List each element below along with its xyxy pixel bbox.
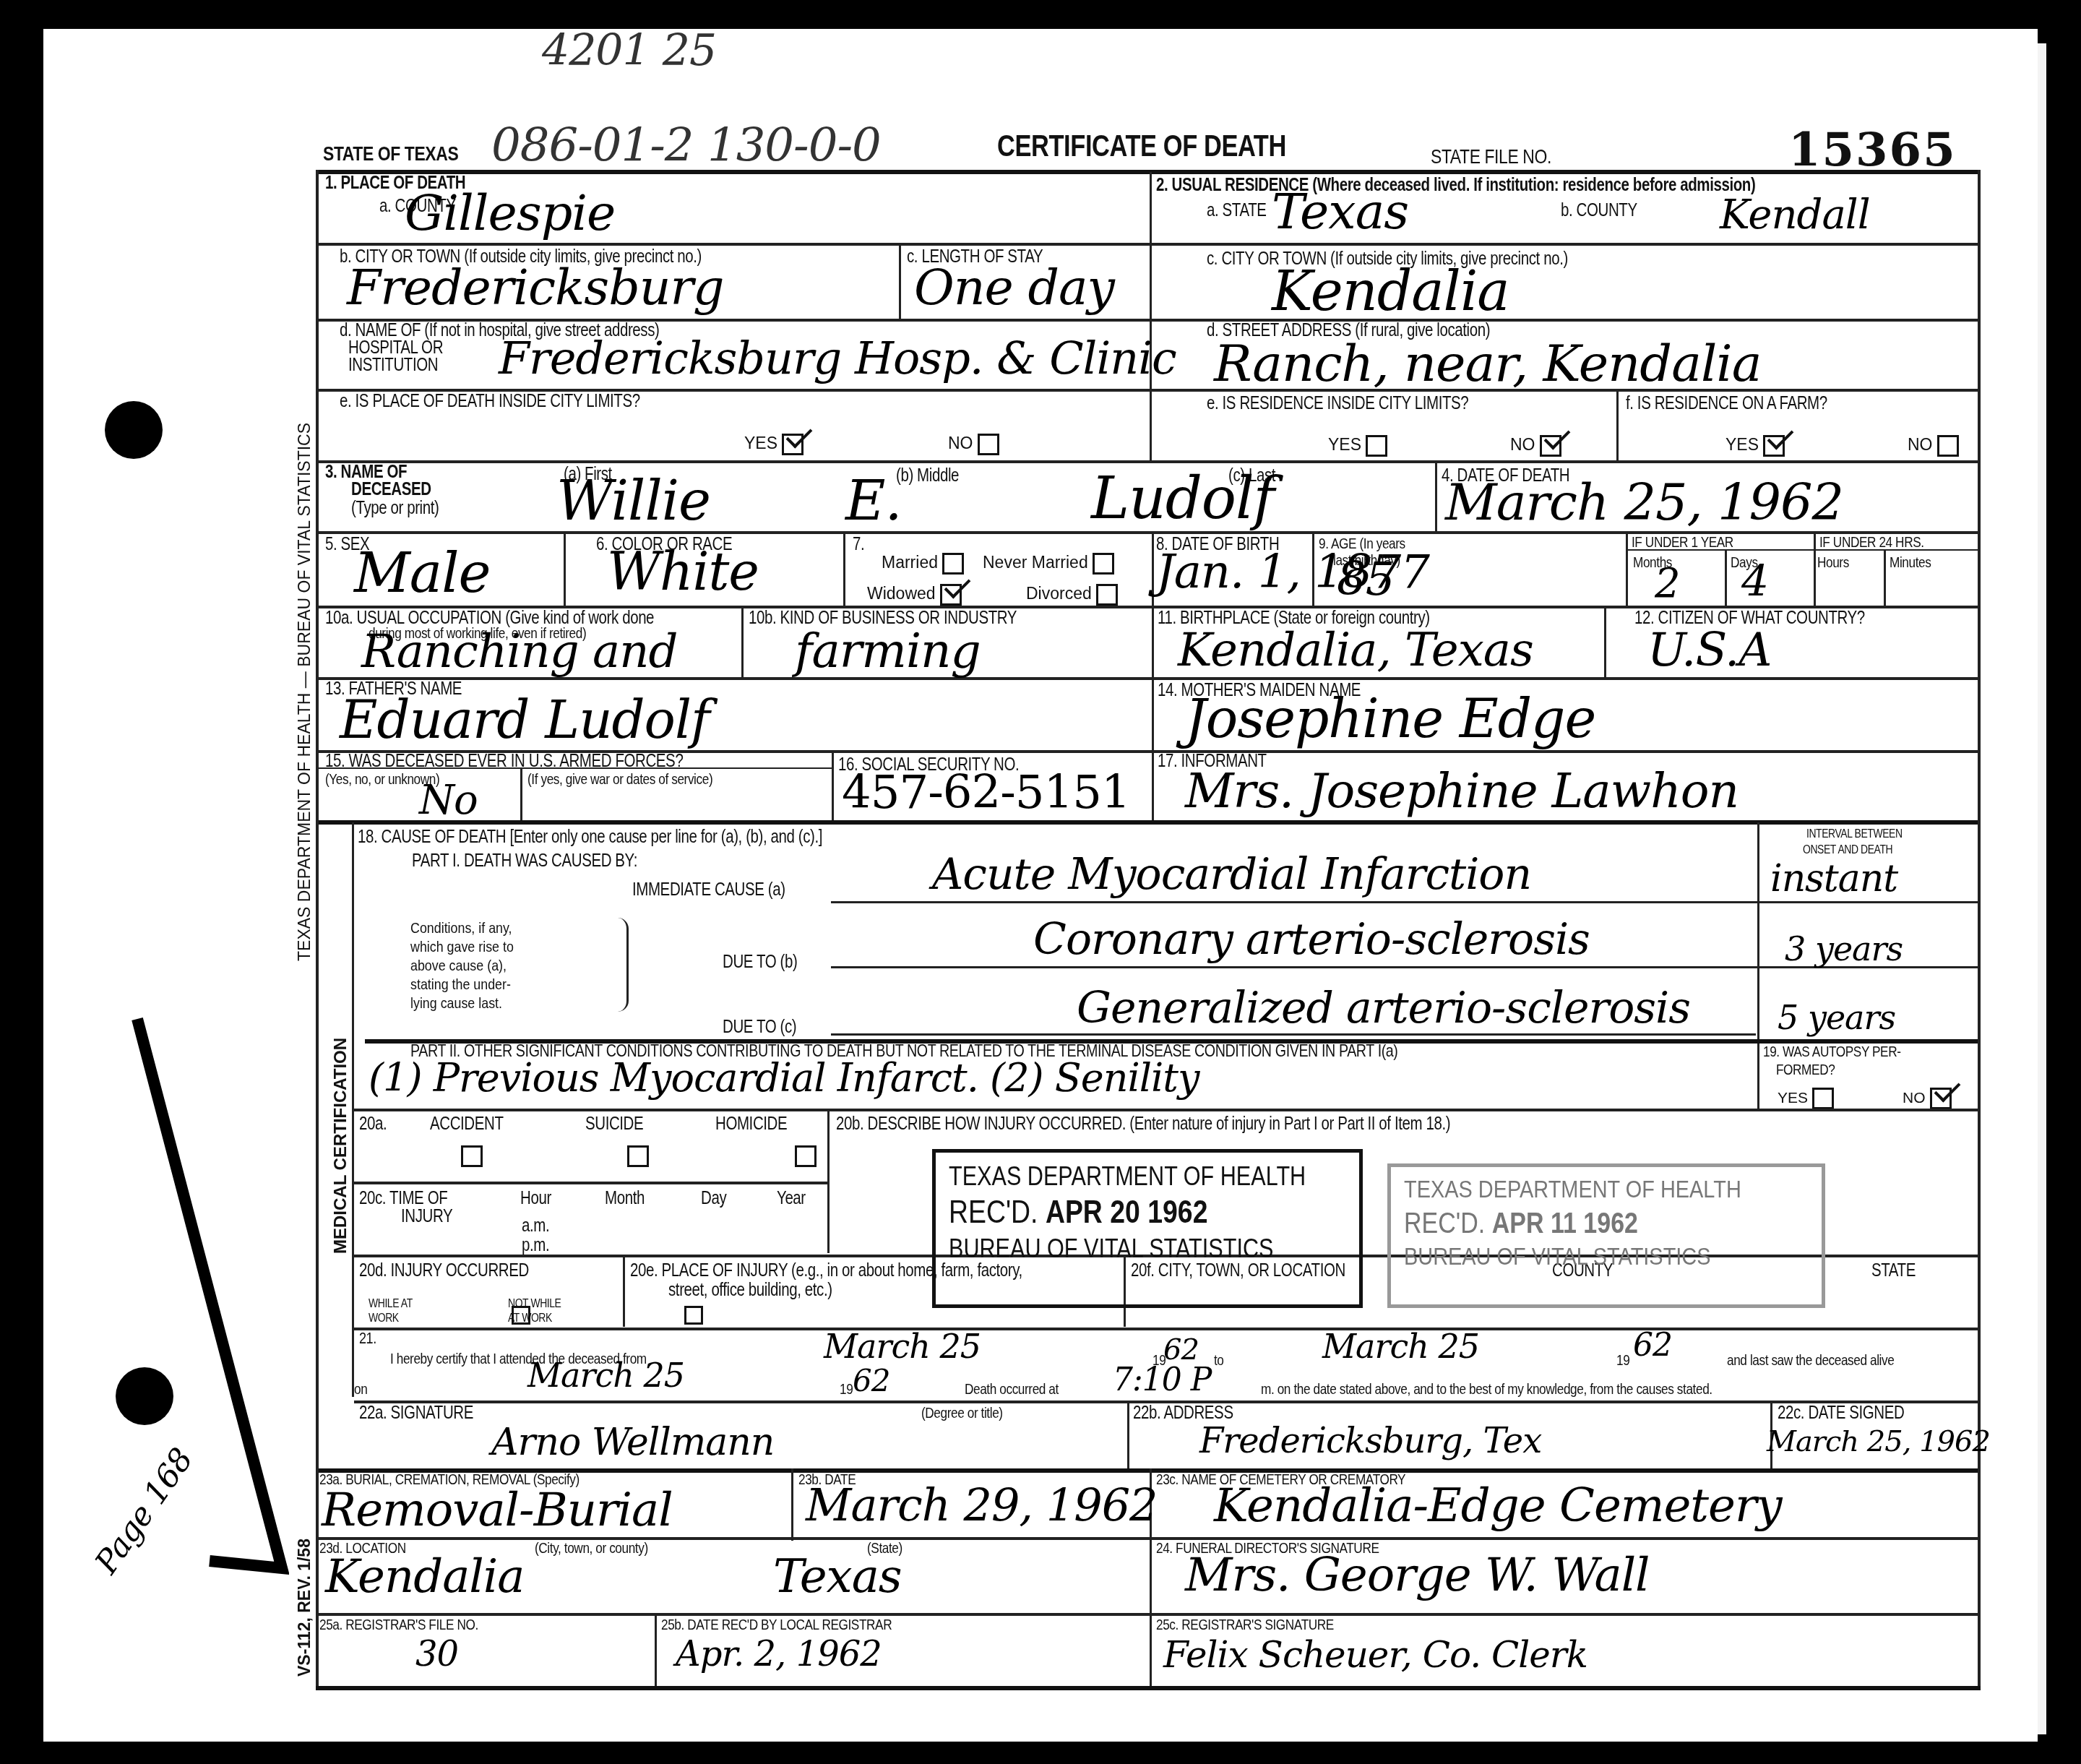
checkbox[interactable] xyxy=(1812,1088,1834,1109)
col-divider xyxy=(1152,606,1154,677)
autopsy-yes[interactable]: YES xyxy=(1778,1088,1834,1109)
address-label: 22b. ADDRESS xyxy=(1133,1403,1233,1422)
form-top-border xyxy=(316,170,1980,174)
while-at-work-label-2: WORK xyxy=(369,1312,399,1325)
deceased-name-label-3: (Type or print) xyxy=(351,499,439,517)
autopsy-label-2: FORMED? xyxy=(1776,1062,1835,1078)
col-divider xyxy=(832,750,834,820)
checkbox[interactable] xyxy=(942,553,964,575)
middle-name-value: E. xyxy=(845,473,902,528)
punch-hole-top xyxy=(105,401,163,459)
yes-label: YES xyxy=(1778,1090,1808,1106)
cause-of-death-label: 18. CAUSE OF DEATH [Enter only one cause… xyxy=(358,827,822,846)
due-to-c-interval: 5 years xyxy=(1778,1001,1895,1034)
injury-state-label: STATE xyxy=(1871,1261,1916,1280)
death-inside-city-label: e. IS PLACE OF DEATH INSIDE CITY LIMITS? xyxy=(340,392,640,410)
last-seen-year: 62 xyxy=(853,1366,889,1396)
death-county-value: Gillespie xyxy=(405,189,615,238)
row-divider xyxy=(319,1613,1978,1616)
checkbox-checked[interactable] xyxy=(1930,1088,1952,1109)
death-inside-city-yes[interactable]: YES xyxy=(744,434,803,455)
conditions-note-line: stating the under- xyxy=(410,976,514,994)
row-divider xyxy=(1626,549,1978,551)
col-divider xyxy=(564,531,566,606)
registrar-date-label: 25b. DATE REC'D BY LOCAL REGISTRAR xyxy=(661,1617,892,1633)
residence-street-value: Ranch, near, Kendalia xyxy=(1214,338,1761,389)
not-while-at-work-label-2: AT WORK xyxy=(508,1312,552,1325)
autopsy-label: 19. WAS AUTOPSY PER- xyxy=(1763,1044,1901,1060)
registrar-signature: Felix Scheuer, Co. Clerk xyxy=(1163,1637,1587,1673)
not-while-at-work-checkbox[interactable] xyxy=(684,1306,703,1325)
col-divider xyxy=(1150,172,1152,461)
degree-label: (Degree or title) xyxy=(921,1406,1003,1421)
top-annotation: 4201 25 xyxy=(542,29,716,72)
injury-occurred-label: 20d. INJURY OCCURRED xyxy=(359,1261,529,1280)
year-prefix: 19 xyxy=(840,1382,853,1398)
never-married-checkbox-group[interactable]: Never Married xyxy=(983,553,1114,575)
col-divider xyxy=(623,1255,625,1327)
occupation-value: Ranching and xyxy=(361,629,677,675)
not-while-at-work-label: NOT WHILE xyxy=(508,1297,561,1310)
suicide-checkbox[interactable] xyxy=(627,1145,649,1167)
to-label: to xyxy=(1214,1353,1224,1369)
due-to-b-interval: 3 years xyxy=(1785,932,1903,965)
col-divider xyxy=(741,606,744,677)
conditions-note: Conditions, if any, which gave rise to a… xyxy=(410,919,514,1013)
day-label: Day xyxy=(701,1189,726,1208)
state-file-number: 15365 xyxy=(1788,123,1957,177)
row-divider xyxy=(319,460,1978,463)
col-divider xyxy=(1152,531,1154,606)
attended-to-date: March 25 xyxy=(1322,1330,1479,1363)
accident-label: ACCIDENT xyxy=(430,1114,504,1133)
father-name-value: Eduard Ludolf xyxy=(340,694,710,746)
months-value: 2 xyxy=(1655,564,1680,604)
accident-checkbox[interactable] xyxy=(461,1145,483,1167)
attended-from-year: 62 xyxy=(1163,1335,1199,1364)
age-label: 9. AGE (In years xyxy=(1319,536,1405,552)
state-file-label: STATE FILE NO. xyxy=(1431,146,1551,167)
col-divider xyxy=(791,1468,793,1541)
checkbox[interactable] xyxy=(978,434,999,455)
date-signed-label: 22c. DATE SIGNED xyxy=(1778,1403,1904,1422)
death-city-value: Fredericksburg xyxy=(347,264,724,313)
conditions-note-line: lying cause last. xyxy=(410,994,514,1013)
yes-label: YES xyxy=(1328,435,1361,454)
residence-farm-no[interactable]: NO xyxy=(1908,435,1959,457)
row-divider xyxy=(354,1109,1978,1111)
col-divider xyxy=(1152,677,1154,750)
birthplace-value: Kendalia, Texas xyxy=(1178,627,1533,674)
yes-label: YES xyxy=(1725,435,1759,454)
funeral-director-signature: Mrs. George W. Wall xyxy=(1185,1552,1650,1599)
time-of-injury-label-2: INJURY xyxy=(401,1207,452,1226)
hospital-label-3: INSTITUTION xyxy=(348,356,438,374)
registrar-file-value: 30 xyxy=(415,1637,458,1672)
received-stamp: TEXAS DEPARTMENT OF HEALTH REC'D. APR 20… xyxy=(932,1149,1363,1308)
col-divider xyxy=(827,1109,830,1253)
middle-name-label: (b) Middle xyxy=(896,466,959,485)
no-label: NO xyxy=(948,434,973,452)
registrar-file-label: 25a. REGISTRAR'S FILE NO. xyxy=(319,1617,478,1633)
margin-department-text: TEXAS DEPARTMENT OF HEALTH — BUREAU OF V… xyxy=(295,423,314,961)
year-prefix: 19 xyxy=(1616,1353,1629,1369)
under-one-year-label: IF UNDER 1 YEAR xyxy=(1632,535,1733,551)
stamp-date: APR 20 1962 xyxy=(1046,1195,1208,1230)
col-divider xyxy=(520,767,522,820)
hospital-value: Fredericksburg Hosp. & Clinic xyxy=(499,336,1176,381)
checkbox-checked[interactable] xyxy=(1540,435,1561,457)
time-of-injury-label: 20c. TIME OF xyxy=(359,1189,447,1208)
describe-injury-label: 20b. DESCRIBE HOW INJURY OCCURRED. (Ente… xyxy=(836,1114,1450,1133)
form-right-border xyxy=(1978,170,1981,1687)
cause-c-line xyxy=(831,1033,1756,1036)
certification-number: 21. xyxy=(359,1330,376,1346)
last-seen-date: March 25 xyxy=(527,1359,684,1392)
due-to-c-label: DUE TO (c) xyxy=(723,1017,796,1036)
death-time-value: 7:10 P xyxy=(1113,1364,1211,1396)
married-checkbox-group[interactable]: Married xyxy=(882,553,964,575)
cemetery-value: Kendalia-Edge Cemetery xyxy=(1214,1483,1782,1529)
burial-location-state: Texas xyxy=(773,1554,902,1600)
race-value: White xyxy=(607,546,759,598)
form-revision: VS-112, REV. 1/58 xyxy=(295,1539,314,1677)
col-divider xyxy=(899,243,901,319)
first-name-value: Willie xyxy=(556,473,710,528)
certify-text-3: m. on the date stated above, and to the … xyxy=(1261,1382,1712,1398)
checkbox[interactable] xyxy=(1366,435,1387,457)
col-divider xyxy=(1725,549,1727,606)
immediate-cause-value: Acute Myocardial Infarction xyxy=(932,853,1531,896)
residence-state-value: Texas xyxy=(1272,188,1408,237)
under-24-hours-label: IF UNDER 24 HRS. xyxy=(1819,535,1924,551)
state-of-texas-label: STATE OF TEXAS xyxy=(323,143,458,164)
registrar-date-value: Apr. 2, 1962 xyxy=(676,1637,882,1672)
autopsy-no[interactable]: NO xyxy=(1903,1088,1952,1109)
stamp-bureau: BUREAU OF VITAL STATISTICS xyxy=(949,1232,1287,1265)
stamp-date: APR 11 1962 xyxy=(1492,1208,1638,1239)
mother-name-value: Josephine Edge xyxy=(1185,692,1595,746)
checkbox-checked[interactable] xyxy=(1763,435,1785,457)
residence-city-value: Kendalia xyxy=(1272,264,1509,319)
immediate-cause-label: IMMEDIATE CAUSE (a) xyxy=(632,880,785,899)
days-value: 4 xyxy=(1741,560,1768,603)
am-label: a.m. xyxy=(522,1216,549,1235)
part1-label: PART I. DEATH WAS CAUSED BY: xyxy=(412,851,637,870)
on-label: on xyxy=(354,1382,367,1398)
divorced-checkbox-group[interactable]: Divorced xyxy=(1026,584,1118,606)
hour-label: Hour xyxy=(520,1189,551,1208)
deceased-name-label-2: DECEASED xyxy=(351,480,431,499)
row-divider xyxy=(354,1182,827,1184)
never-married-label: Never Married xyxy=(983,553,1088,572)
armed-forces-value: No xyxy=(419,780,478,821)
due-to-b-value: Coronary arterio-sclerosis xyxy=(1033,918,1590,961)
col-divider xyxy=(1604,606,1606,677)
divorced-label: Divorced xyxy=(1026,584,1092,603)
burial-location-city: Kendalia xyxy=(325,1554,524,1600)
stamp-received-label: REC'D. xyxy=(1404,1208,1485,1239)
immediate-interval-value: instant xyxy=(1770,860,1897,898)
married-label: Married xyxy=(882,553,938,572)
burial-date-value: March 29, 1962 xyxy=(806,1483,1158,1528)
year-label: Year xyxy=(777,1189,806,1208)
form-left-border xyxy=(316,170,319,1687)
death-inside-city-no[interactable]: NO xyxy=(948,434,999,455)
checkbox[interactable] xyxy=(1096,584,1118,606)
physician-address: Fredericksburg, Tex xyxy=(1199,1424,1541,1458)
suicide-label: SUICIDE xyxy=(585,1114,643,1133)
residence-inside-city-yes[interactable]: YES xyxy=(1328,435,1387,457)
due-to-b-label: DUE TO (b) xyxy=(723,952,797,971)
no-label: NO xyxy=(1510,435,1535,454)
checkbox-checked[interactable] xyxy=(782,434,803,455)
col-divider xyxy=(1150,1613,1152,1686)
residence-farm-yes[interactable]: YES xyxy=(1725,435,1785,457)
form-bottom-border xyxy=(316,1686,1981,1690)
certificate-title: CERTIFICATE OF DEATH xyxy=(997,130,1286,162)
homicide-label: HOMICIDE xyxy=(715,1114,787,1133)
widowed-label: Widowed xyxy=(867,584,936,603)
yes-label: YES xyxy=(744,434,777,452)
row-divider xyxy=(319,820,1978,825)
checkbox[interactable] xyxy=(1937,435,1959,457)
sex-value: Male xyxy=(354,546,490,601)
signature-label: 22a. SIGNATURE xyxy=(359,1403,473,1422)
medical-certification-label: MEDICAL CERTIFICATION xyxy=(331,1038,351,1254)
col-divider xyxy=(1435,460,1437,531)
residence-farm-label: f. IS RESIDENCE ON A FARM? xyxy=(1626,394,1827,413)
conditions-note-line: above cause (a), xyxy=(410,957,514,976)
marital-status-number: 7. xyxy=(853,535,864,554)
physician-signature: Arno Wellmann xyxy=(491,1424,774,1461)
place-of-injury-label-2: street, office building, etc.) xyxy=(668,1281,832,1299)
col-divider xyxy=(1152,750,1154,820)
col-divider xyxy=(1616,389,1619,460)
due-to-c-value: Generalized arterio-sclerosis xyxy=(1077,986,1690,1030)
stamp-department: TEXAS DEPARTMENT OF HEALTH xyxy=(949,1160,1287,1192)
stamp-received-label: REC'D. xyxy=(949,1195,1038,1230)
residence-inside-city-label: e. IS RESIDENCE INSIDE CITY LIMITS? xyxy=(1207,394,1468,413)
conditions-note-line: Conditions, if any, xyxy=(410,919,514,938)
residence-inside-city-no[interactable]: NO xyxy=(1510,435,1561,457)
homicide-checkbox[interactable] xyxy=(795,1145,817,1167)
death-date-value: March 25, 1962 xyxy=(1445,477,1843,528)
month-label: Month xyxy=(605,1189,645,1208)
residence-state-label: a. STATE xyxy=(1207,201,1267,220)
age-value: 85 xyxy=(1337,556,1394,603)
injury-20a-label: 20a. xyxy=(359,1114,387,1133)
row-divider xyxy=(354,1328,1978,1330)
col-divider xyxy=(655,1613,657,1686)
date-signed-value: March 25, 1962 xyxy=(1767,1427,1990,1456)
hours-label: Hours xyxy=(1817,555,1849,571)
conditions-note-line: which gave rise to xyxy=(410,938,514,957)
stamp-bureau: BUREAU OF VITAL STATISTICS xyxy=(1404,1242,1748,1273)
no-label: NO xyxy=(1908,435,1933,454)
stamp-department: TEXAS DEPARTMENT OF HEALTH xyxy=(1404,1174,1748,1205)
disposition-value: Removal-Burial xyxy=(322,1487,673,1533)
death-occurred-label: Death occurred at xyxy=(965,1382,1059,1398)
col-divider xyxy=(1814,531,1816,606)
business-value: farming xyxy=(795,627,981,675)
attended-to-year: 62 xyxy=(1633,1330,1672,1361)
no-label: NO xyxy=(1903,1090,1926,1106)
col-divider xyxy=(1626,531,1628,606)
checkbox-checked[interactable] xyxy=(940,584,962,606)
received-stamp-faded: TEXAS DEPARTMENT OF HEALTH REC'D. APR 11… xyxy=(1387,1163,1825,1308)
residence-county-label: b. COUNTY xyxy=(1561,201,1637,220)
widowed-checkbox-group[interactable]: Widowed xyxy=(867,584,962,606)
state-code: 086-01-2 130-0-0 xyxy=(491,123,881,169)
row-divider xyxy=(319,243,1978,246)
checkbox[interactable] xyxy=(1093,553,1114,575)
residence-label: 2. USUAL RESIDENCE (Where deceased lived… xyxy=(1156,176,1755,194)
informant-value: Mrs. Josephine Lawhon xyxy=(1185,767,1739,815)
col-divider xyxy=(1884,549,1886,606)
last-name-value: Ludolf xyxy=(1091,470,1274,528)
burial-location-city-label: (City, town, or county) xyxy=(535,1541,648,1557)
interval-label: INTERVAL BETWEEN xyxy=(1806,827,1903,840)
col-divider xyxy=(843,531,845,606)
armed-forces-service-label: (If yes, give war or dates of service) xyxy=(527,772,712,788)
part2-value: (1) Previous Myocardial Infarct. (2) Sen… xyxy=(369,1059,1199,1098)
interval-label-2: ONSET AND DEATH xyxy=(1803,843,1892,856)
pm-label: p.m. xyxy=(522,1236,549,1255)
registrar-signature-label: 25c. REGISTRAR'S SIGNATURE xyxy=(1156,1617,1334,1633)
minutes-label: Minutes xyxy=(1890,555,1931,571)
armed-forces-label: 15. WAS DECEASED EVER IN U.S. ARMED FORC… xyxy=(325,752,683,770)
length-of-stay-value: One day xyxy=(914,264,1114,313)
ssn-value: 457-62-5151 xyxy=(842,770,1130,816)
citizen-value: U.S.A xyxy=(1647,627,1772,674)
large-checkmark-icon xyxy=(130,1012,289,1590)
certify-text-2: and last saw the deceased alive xyxy=(1727,1353,1894,1369)
conditions-bracket-icon xyxy=(618,918,629,1012)
col-divider xyxy=(1127,1401,1129,1468)
residence-county-value: Kendall xyxy=(1720,195,1870,236)
cause-a-line xyxy=(831,901,1978,903)
while-at-work-label: WHILE AT xyxy=(369,1297,413,1310)
attended-from-date: March 25 xyxy=(824,1330,981,1363)
